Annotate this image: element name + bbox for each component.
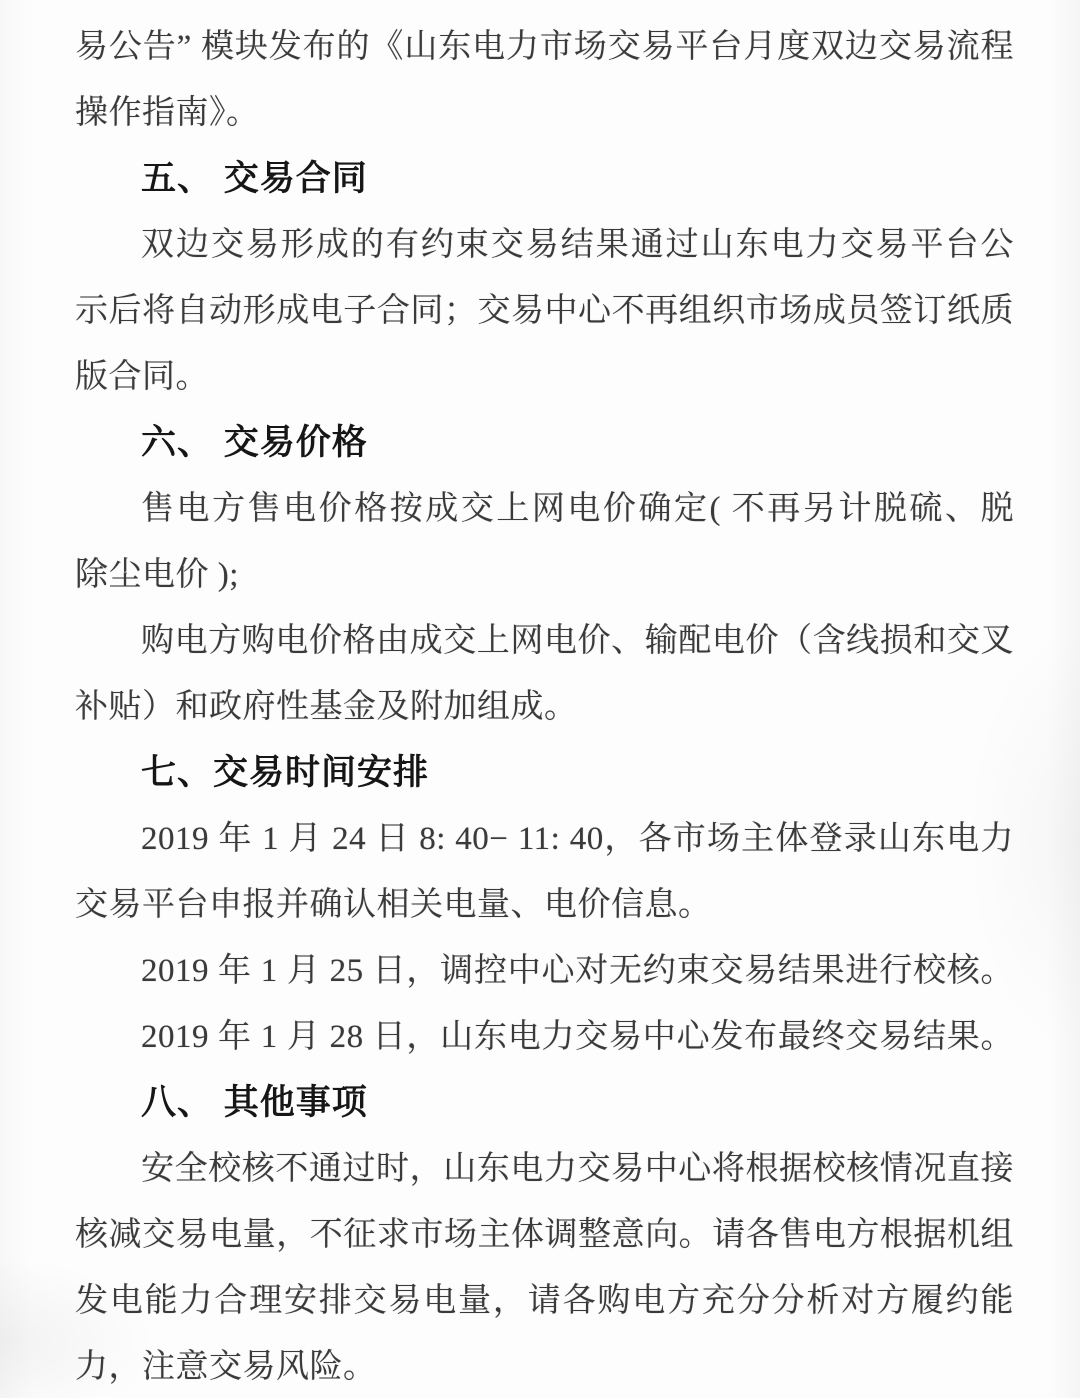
text-line: 2019 年 1 月 25 日，调控中心对无约束交易结果进行校核。 <box>75 938 1014 1004</box>
text-line: 售电方售电价格按成交上网电价确定( 不再另计脱硫、脱硝、 <box>75 476 1014 542</box>
section-heading: 五、 交易合同 <box>75 146 1014 212</box>
text-line: 补贴）和政府性基金及附加组成。 <box>75 674 1014 740</box>
text-line: 示后将自动形成电子合同；交易中心不再组织市场成员签订纸质 <box>75 278 1014 344</box>
text-line: 除尘电价 ); <box>75 542 1014 608</box>
text-line: 操作指南》。 <box>75 80 1014 146</box>
text-line: 交易平台申报并确认相关电量、电价信息。 <box>75 872 1014 938</box>
text-line: 版合同。 <box>75 344 1014 410</box>
document-body: 易公告” 模块发布的《山东电力市场交易平台月度双边交易流程操作指南》。五、 交易… <box>75 14 1014 1398</box>
text-line: 双边交易形成的有约束交易结果通过山东电力交易平台公 <box>75 212 1014 278</box>
section-heading: 七、交易时间安排 <box>75 740 1014 806</box>
text-line: 安全校核不通过时，山东电力交易中心将根据校核情况直接 <box>75 1136 1014 1202</box>
section-heading: 八、 其他事项 <box>75 1070 1014 1136</box>
text-line: 核减交易电量，不征求市场主体调整意向。请各售电方根据机组 <box>75 1202 1014 1268</box>
text-line: 2019 年 1 月 24 日 8: 40− 11: 40，各市场主体登录山东电… <box>75 806 1014 872</box>
text-line: 购电方购电价格由成交上网电价、输配电价（含线损和交叉 <box>75 608 1014 674</box>
text-line: 力，注意交易风险。 <box>75 1334 1014 1398</box>
document-page: 易公告” 模块发布的《山东电力市场交易平台月度双边交易流程操作指南》。五、 交易… <box>0 0 1080 1398</box>
text-line: 发电能力合理安排交易电量，请各购电方充分分析对方履约能 <box>75 1268 1014 1334</box>
section-heading: 六、 交易价格 <box>75 410 1014 476</box>
text-line: 2019 年 1 月 28 日，山东电力交易中心发布最终交易结果。 <box>75 1004 1014 1070</box>
text-line: 易公告” 模块发布的《山东电力市场交易平台月度双边交易流程 <box>75 14 1014 80</box>
